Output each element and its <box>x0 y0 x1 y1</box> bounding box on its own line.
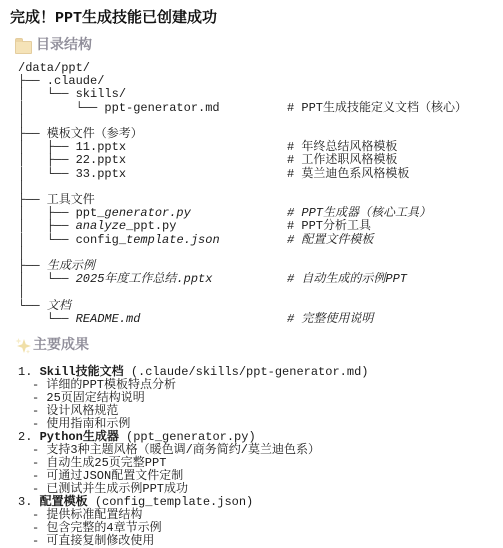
tree-line: │ └── config_template.json# 配置文件模板 <box>18 234 497 247</box>
tree-entry-text: │ └── 33.pptx <box>18 167 126 181</box>
tree-comment: # PPT分析工具 <box>287 220 371 233</box>
result-item: 2. Python生成器 (ppt_generator.py)- 支持3种主题风… <box>18 431 497 496</box>
tree-entry-text: ├── .claude/ <box>18 74 104 88</box>
tree-entry-text: └── 文档 <box>18 299 71 313</box>
tree-entry-text: ├── 模板文件（参考） <box>18 127 143 141</box>
result-title: Python生成器 <box>40 430 119 444</box>
tree-line: │ <box>18 286 497 299</box>
tree-entry-text: │ └── skills/ <box>18 87 126 101</box>
tree-line: │ └── 2025年度工作总结.pptx# 自动生成的示例PPT <box>18 273 497 286</box>
tree-comment: # PPT生成技能定义文档（核心） <box>287 102 467 115</box>
page-title: 完成！PPT生成技能已创建成功 <box>10 11 497 27</box>
tree-entry-text: └── README.md <box>18 312 140 326</box>
tree-comment: # 自动生成的示例PPT <box>287 273 407 286</box>
tree-entry-text: │ └── ppt-generator.md <box>18 101 220 115</box>
result-path: (.claude/skills/ppt-generator.md) <box>131 365 369 379</box>
result-title: Skill技能文档 <box>40 365 124 379</box>
tree-entry-text: │ ├── 22.pptx <box>18 153 126 167</box>
main-results-heading: 主要成果 <box>15 337 497 354</box>
tree-entry-text: │ ├── analyze_ppt.py <box>18 219 176 233</box>
result-item: 3. 配置模板 (config_template.json)- 提供标准配置结构… <box>18 496 497 548</box>
result-path: (config_template.json) <box>95 495 253 509</box>
tree-comment: # 工作述职风格模板 <box>287 154 397 167</box>
tree-entry-text: ├── 生成示例 <box>18 259 95 273</box>
tree-entry-text: │ ├── ppt_generator.py <box>18 206 191 220</box>
tree-entry-text: │ ├── 11.pptx <box>18 140 126 154</box>
result-number: 2. <box>18 430 32 444</box>
tree-line: │ └── 33.pptx# 莫兰迪色系风格模板 <box>18 168 497 181</box>
tree-entry-text: /data/ppt/ <box>18 61 90 75</box>
directory-tree: /data/ppt/├── .claude/│ └── skills/│ └──… <box>18 62 497 326</box>
directory-structure-heading: 目录结构 <box>15 38 497 54</box>
tree-line: │ └── ppt-generator.md# PPT生成技能定义文档（核心） <box>18 102 497 115</box>
tree-entry-text: │ └── 2025年度工作总结.pptx <box>18 272 212 286</box>
folder-icon <box>15 41 32 54</box>
main-results-heading-label: 主要成果 <box>33 338 89 354</box>
tree-entry-text: │ └── config_template.json <box>18 233 220 247</box>
results-list: 1. Skill技能文档 (.claude/skills/ppt-generat… <box>18 366 497 548</box>
bullet-item: - 可直接复制修改使用 <box>18 535 497 548</box>
tree-entry-text: │ <box>18 285 25 299</box>
result-number: 1. <box>18 365 32 379</box>
tree-entry-text: ├── 工具文件 <box>18 193 95 207</box>
result-title: 配置模板 <box>40 495 88 509</box>
result-path: (ppt_generator.py) <box>126 430 256 444</box>
tree-comment: # 完整使用说明 <box>287 313 373 326</box>
tree-line: └── README.md# 完整使用说明 <box>18 313 497 326</box>
tree-comment: # 莫兰迪色系风格模板 <box>287 168 409 181</box>
result-number: 3. <box>18 495 32 509</box>
tree-entry-text: │ <box>18 114 25 128</box>
sparkles-icon <box>15 338 31 354</box>
tree-comment: # 配置文件模板 <box>287 234 373 247</box>
directory-structure-heading-label: 目录结构 <box>36 38 92 54</box>
result-item: 1. Skill技能文档 (.claude/skills/ppt-generat… <box>18 366 497 431</box>
tree-entry-text: │ <box>18 180 25 194</box>
page: 完成！PPT生成技能已创建成功 目录结构 /data/ppt/├── .clau… <box>0 0 503 548</box>
tree-entry-text: │ <box>18 246 25 260</box>
